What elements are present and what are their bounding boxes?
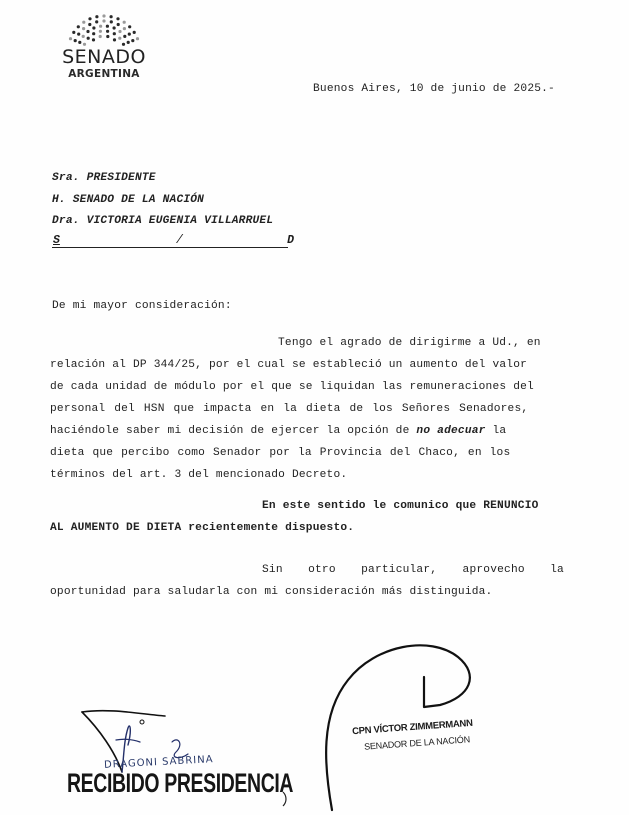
body-text: la: [486, 425, 507, 437]
su-despacho-line: S / D: [52, 234, 294, 248]
senado-logo: SENADO ARGENTINA: [56, 12, 152, 80]
body-line: Tengo el agrado de dirigirme a Ud., en: [278, 337, 541, 349]
letter-page: SENADO ARGENTINA Buenos Aires, 10 de jun…: [0, 0, 629, 815]
body-line: AL AUMENTO DE DIETA recientemente dispue…: [50, 522, 354, 534]
addressee-institution: H. SENADO DE LA NACIÓN: [52, 194, 204, 206]
letterhead-subtitle: ARGENTINA: [56, 68, 152, 80]
emphasis-no-adecuar: no adecuar: [416, 425, 485, 437]
body-line: oportunidad para saludarla con mi consid…: [50, 586, 492, 598]
body-line: haciéndole saber mi decisión de ejercer …: [50, 425, 506, 437]
underline-rule: [52, 247, 288, 248]
letterhead-title: SENADO: [56, 47, 152, 67]
body-line: de cada unidad de módulo por el que se l…: [50, 381, 534, 393]
slash-mark: /: [176, 234, 183, 247]
addressee-name: Dra. VICTORIA EUGENIA VILLARRUEL: [52, 215, 273, 227]
body-word: la: [550, 564, 564, 576]
s-label: S: [53, 234, 60, 247]
body-line: relación al DP 344/25, por el cual se es…: [50, 359, 527, 371]
d-label: D: [287, 234, 294, 247]
hemicycle-dots-icon: [65, 12, 143, 46]
body-line: términos del art. 3 del mencionado Decre…: [50, 469, 347, 481]
body-word: Sin: [262, 564, 283, 576]
body-text: haciéndole saber mi decisión de ejercer …: [50, 425, 416, 437]
body-word: aprovecho: [463, 564, 525, 576]
stamp-mark: [280, 790, 290, 808]
body-word: otro: [308, 564, 336, 576]
body-word: particular,: [361, 564, 437, 576]
body-line: personal del HSN que impacta en la dieta…: [50, 403, 528, 415]
body-line: En este sentido le comunico que RENUNCIO: [262, 500, 539, 512]
body-text: recientemente dispuesto.: [181, 522, 354, 534]
received-stamp: RECIBIDO PRESIDENCIA: [67, 768, 293, 799]
addressee-title: Sra. PRESIDENTE: [52, 172, 156, 184]
greeting: De mi mayor consideración:: [52, 300, 232, 312]
body-line: Sinotroparticular,aprovechola: [262, 564, 564, 576]
date-line: Buenos Aires, 10 de junio de 2025.-: [313, 83, 555, 95]
body-line: dieta que percibo como Senador por la Pr…: [50, 447, 510, 459]
emphasis-renuncio: AL AUMENTO DE DIETA: [50, 522, 181, 534]
